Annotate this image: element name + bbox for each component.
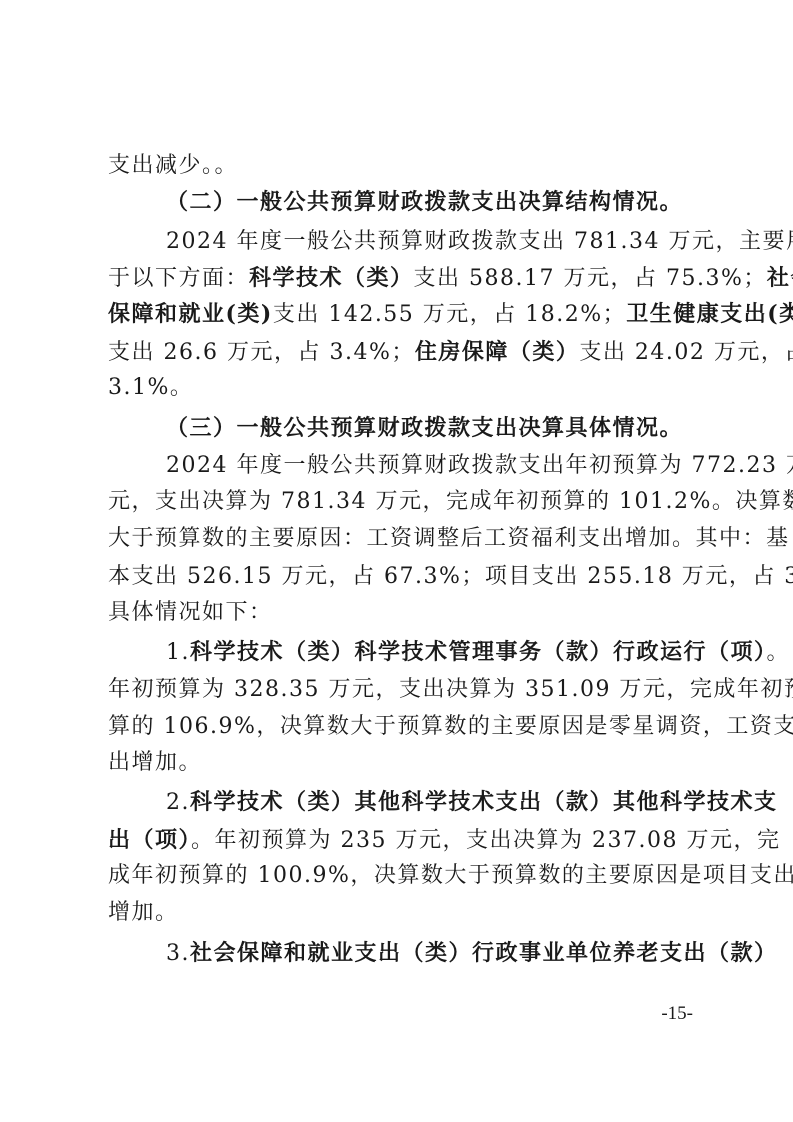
text-line: 1.科学技术（类）科学技术管理事务（款）行政运行（项）。 [108,634,790,670]
bold-text: 社会保障和就业支出（类）行政事业单位养老支出（款） [190,940,778,966]
body-text: 支出 142.55 万元，占 18.2%； [273,302,626,327]
text-line: 出增加。 [108,745,202,781]
bold-text: 社会 [767,265,793,291]
text-line: 2024 年度一般公共预算财政拨款支出 781.34 万元，主要用 [108,224,793,260]
text-line: 保障和就业(类)支出 142.55 万元，占 18.2%；卫生健康支出(类) [108,296,793,332]
body-text: 于以下方面： [108,266,249,291]
text-line: 成年初预算的 100.9%，决算数大于预算数的主要原因是项目支出 [108,858,793,894]
bold-text: 科学技术（类）其他科学技术支出（款）其他科学技术支 [190,789,778,815]
body-text: 。年初预算为 235 万元，支出决算为 237.08 万元，完 [191,828,780,853]
body-text: 出增加。 [108,750,202,775]
text-line: （二）一般公共预算财政拨款支出决算结构情况。 [108,184,683,220]
body-text: 3.1%。 [108,375,193,400]
text-line: 3.社会保障和就业支出（类）行政事业单位养老支出（款） [108,935,778,971]
body-text: 3. [166,941,190,966]
body-text: 大于预算数的主要原因：工资调整后工资福利支出增加。其中：基 [108,526,790,551]
bold-text: 卫生健康支出(类) [626,301,793,327]
text-line: 2.科学技术（类）其他科学技术支出（款）其他科学技术支 [108,784,778,820]
body-text: 支出 588.17 万元，占 75.3%； [414,266,767,291]
body-text: 算的 106.9%，决算数大于预算数的主要原因是零星调资，工资支 [108,714,793,739]
text-line: 元，支出决算为 781.34 万元，完成年初预算的 101.2%。决算数 [108,484,793,520]
body-text: 支出 24.02 万元，占 [579,340,793,365]
text-line: 具体情况如下： [108,595,273,631]
bold-text: 保障和就业(类) [108,301,273,327]
body-text: 。 [767,640,791,665]
text-line: 支出减少。。 [108,148,238,184]
bold-text: （二）一般公共预算财政拨款支出决算结构情况。 [166,189,683,215]
text-line: 算的 106.9%，决算数大于预算数的主要原因是零星调资，工资支 [108,709,793,745]
bold-text: （三）一般公共预算财政拨款支出决算具体情况。 [166,415,683,441]
text-line: 于以下方面：科学技术（类）支出 588.17 万元，占 75.3%；社会 [108,260,793,296]
text-line: 大于预算数的主要原因：工资调整后工资福利支出增加。其中：基 [108,521,790,557]
body-text: 成年初预算的 100.9%，决算数大于预算数的主要原因是项目支出 [108,863,793,888]
bold-text: 出（项） [108,827,191,853]
text-line: （三）一般公共预算财政拨款支出决算具体情况。 [108,410,683,446]
text-line: 增加。 [108,895,179,931]
text-line: 2024 年度一般公共预算财政拨款支出年初预算为 772.23 万 [108,448,793,484]
body-text: 2. [166,790,190,815]
body-text: 2024 年度一般公共预算财政拨款支出年初预算为 772.23 万 [166,453,793,478]
body-text: 支出减少。。 [108,153,238,178]
body-text: 增加。 [108,900,179,925]
body-text: 具体情况如下： [108,600,273,625]
body-text: 本支出 526.15 万元，占 67.3%；项目支出 255.18 万元，占 3… [108,564,793,589]
body-text: 元，支出决算为 781.34 万元，完成年初预算的 101.2%。决算数 [108,489,793,514]
text-line: 年初预算为 328.35 万元，支出决算为 351.09 万元，完成年初预 [108,672,793,708]
text-line: 出（项）。年初预算为 235 万元，支出决算为 237.08 万元，完 [108,822,780,858]
text-line: 3.1%。 [108,370,193,406]
text-line: 支出 26.6 万元，占 3.4%；住房保障（类）支出 24.02 万元，占 [108,334,793,370]
body-text: 年初预算为 328.35 万元，支出决算为 351.09 万元，完成年初预 [108,677,793,702]
body-text: 支出 26.6 万元，占 3.4%； [108,340,415,365]
body-text: 2024 年度一般公共预算财政拨款支出 781.34 万元，主要用 [166,229,793,254]
text-line: 本支出 526.15 万元，占 67.3%；项目支出 255.18 万元，占 3… [108,559,793,595]
bold-text: 科学技术（类）科学技术管理事务（款）行政运行（项） [190,639,767,665]
body-text: 1. [166,640,190,665]
bold-text: 住房保障（类） [415,339,580,365]
bold-text: 科学技术（类） [249,265,414,291]
page-number: -15- [661,1003,693,1025]
